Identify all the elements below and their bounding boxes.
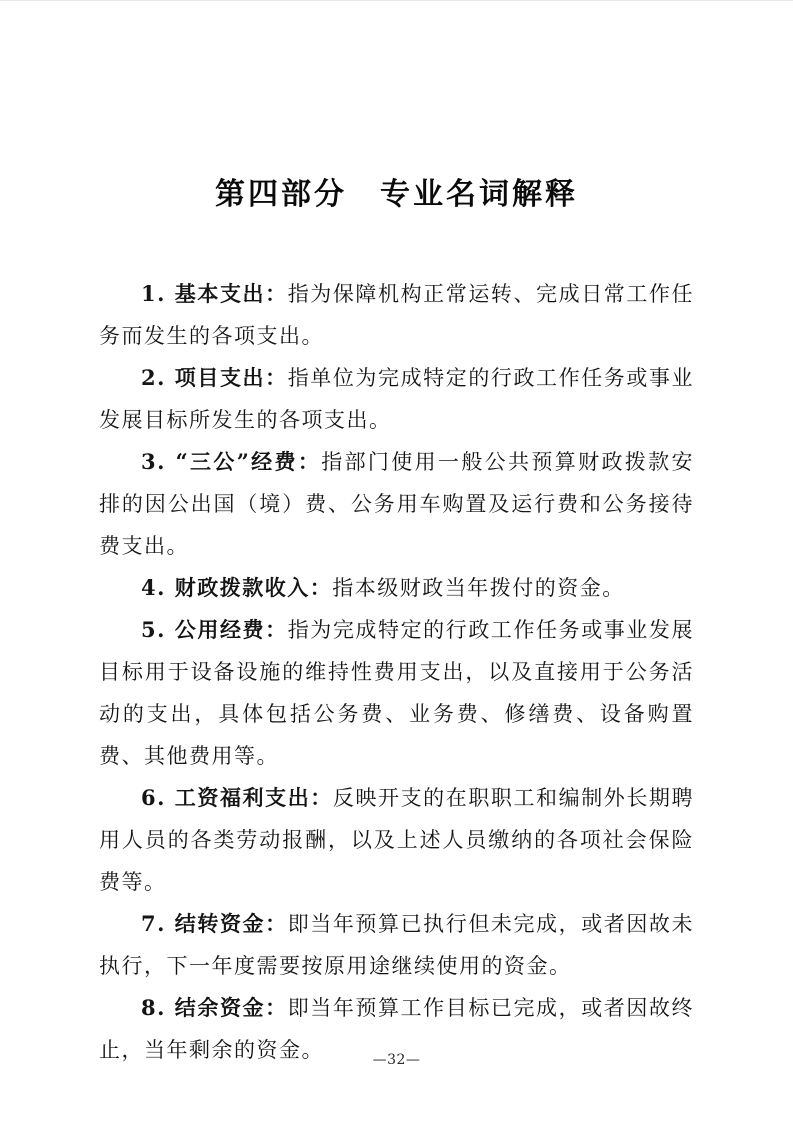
glossary-term-paragraph: 1. 基本支出：指为保障机构正常运转、完成日常工作任务而发生的各项支出。 [99, 273, 694, 357]
document-page: 第四部分 专业名词解释 1. 基本支出：指为保障机构正常运转、完成日常工作任务而… [0, 0, 793, 1122]
term-lead: 1. 基本支出： [141, 281, 288, 306]
term-lead: 3. “三公”经费： [141, 449, 321, 474]
term-lead: 8. 结余资金： [141, 995, 288, 1020]
term-definition: 指本级财政当年拨付的资金。 [332, 576, 625, 600]
glossary-term-paragraph: 5. 公用经费：指为完成特定的行政工作任务或事业发展目标用于设备设施的维持性费用… [99, 609, 694, 777]
glossary-term-paragraph: 2. 项目支出：指单位为完成特定的行政工作任务或事业发展目标所发生的各项支出。 [99, 357, 694, 441]
glossary-term-paragraph: 7. 结转资金：即当年预算已执行但未完成，或者因故未执行，下一年度需要按原用途继… [99, 903, 694, 987]
glossary-term-paragraph: 6. 工资福利支出：反映开支的在职职工和编制外长期聘用人员的各类劳动报酬，以及上… [99, 777, 694, 903]
page-title: 第四部分 专业名词解释 [0, 1, 793, 213]
term-lead: 7. 结转资金： [141, 911, 288, 936]
page-number: —32— [373, 1052, 421, 1068]
glossary-term-list: 1. 基本支出：指为保障机构正常运转、完成日常工作任务而发生的各项支出。 2. … [99, 273, 694, 1071]
page-footer: —32— [0, 1052, 793, 1068]
term-lead: 4. 财政拨款收入： [141, 575, 332, 600]
term-lead: 5. 公用经费： [141, 617, 288, 642]
term-lead: 2. 项目支出： [141, 365, 288, 390]
glossary-term-paragraph: 3. “三公”经费：指部门使用一般公共预算财政拨款安排的因公出国（境）费、公务用… [99, 441, 694, 567]
term-lead: 6. 工资福利支出： [141, 785, 333, 810]
glossary-term-paragraph: 4. 财政拨款收入：指本级财政当年拨付的资金。 [99, 567, 694, 609]
